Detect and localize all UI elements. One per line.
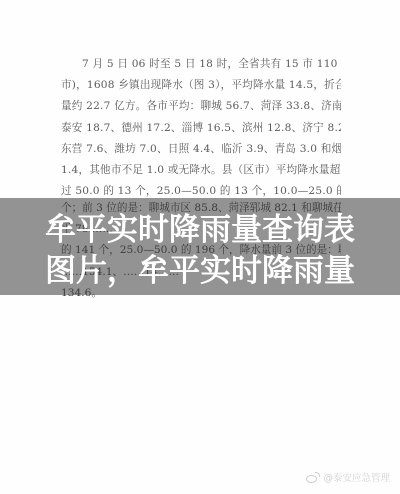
document-line: 1.4，其他市不足 1.0 或无降水。县（区市）平均降水量超 [61,160,341,181]
watermark-text: @泰安应急管理 [323,470,390,484]
overlay-title-line-2: 图片，牟平实时降雨量 [0,251,400,292]
document-line: 市)，1608 乡镇出现降水（图 3），平均降水量 14.5，折合水 [61,75,341,96]
document-body: 7 月 5 日 06 时至 5 日 18 时，全省共有 15 市 110 县(区… [61,54,341,202]
document-line: 泰安 18.7、德州 17.2、淄博 16.5、滨州 12.8、济宁 8.2、 [61,118,341,139]
weibo-icon [306,472,320,483]
overlay-title-line-1: 牟平实时降雨量查询表 [0,210,400,251]
document-line: 东营 7.6、潍坊 7.0、日照 4.4、临沂 3.9、青岛 3.0 和烟台 [61,139,341,160]
document-line: 量约 22.7 亿方。各市平均：聊城 56.7、菏泽 33.8、济南 30.3、 [61,96,341,117]
watermark: @泰安应急管理 [306,470,390,484]
overlay-title: 牟平实时降雨量查询表 图片，牟平实时降雨量 [0,210,400,292]
document-line: 7 月 5 日 06 时至 5 日 18 时，全省共有 15 市 110 县(区 [61,54,341,75]
